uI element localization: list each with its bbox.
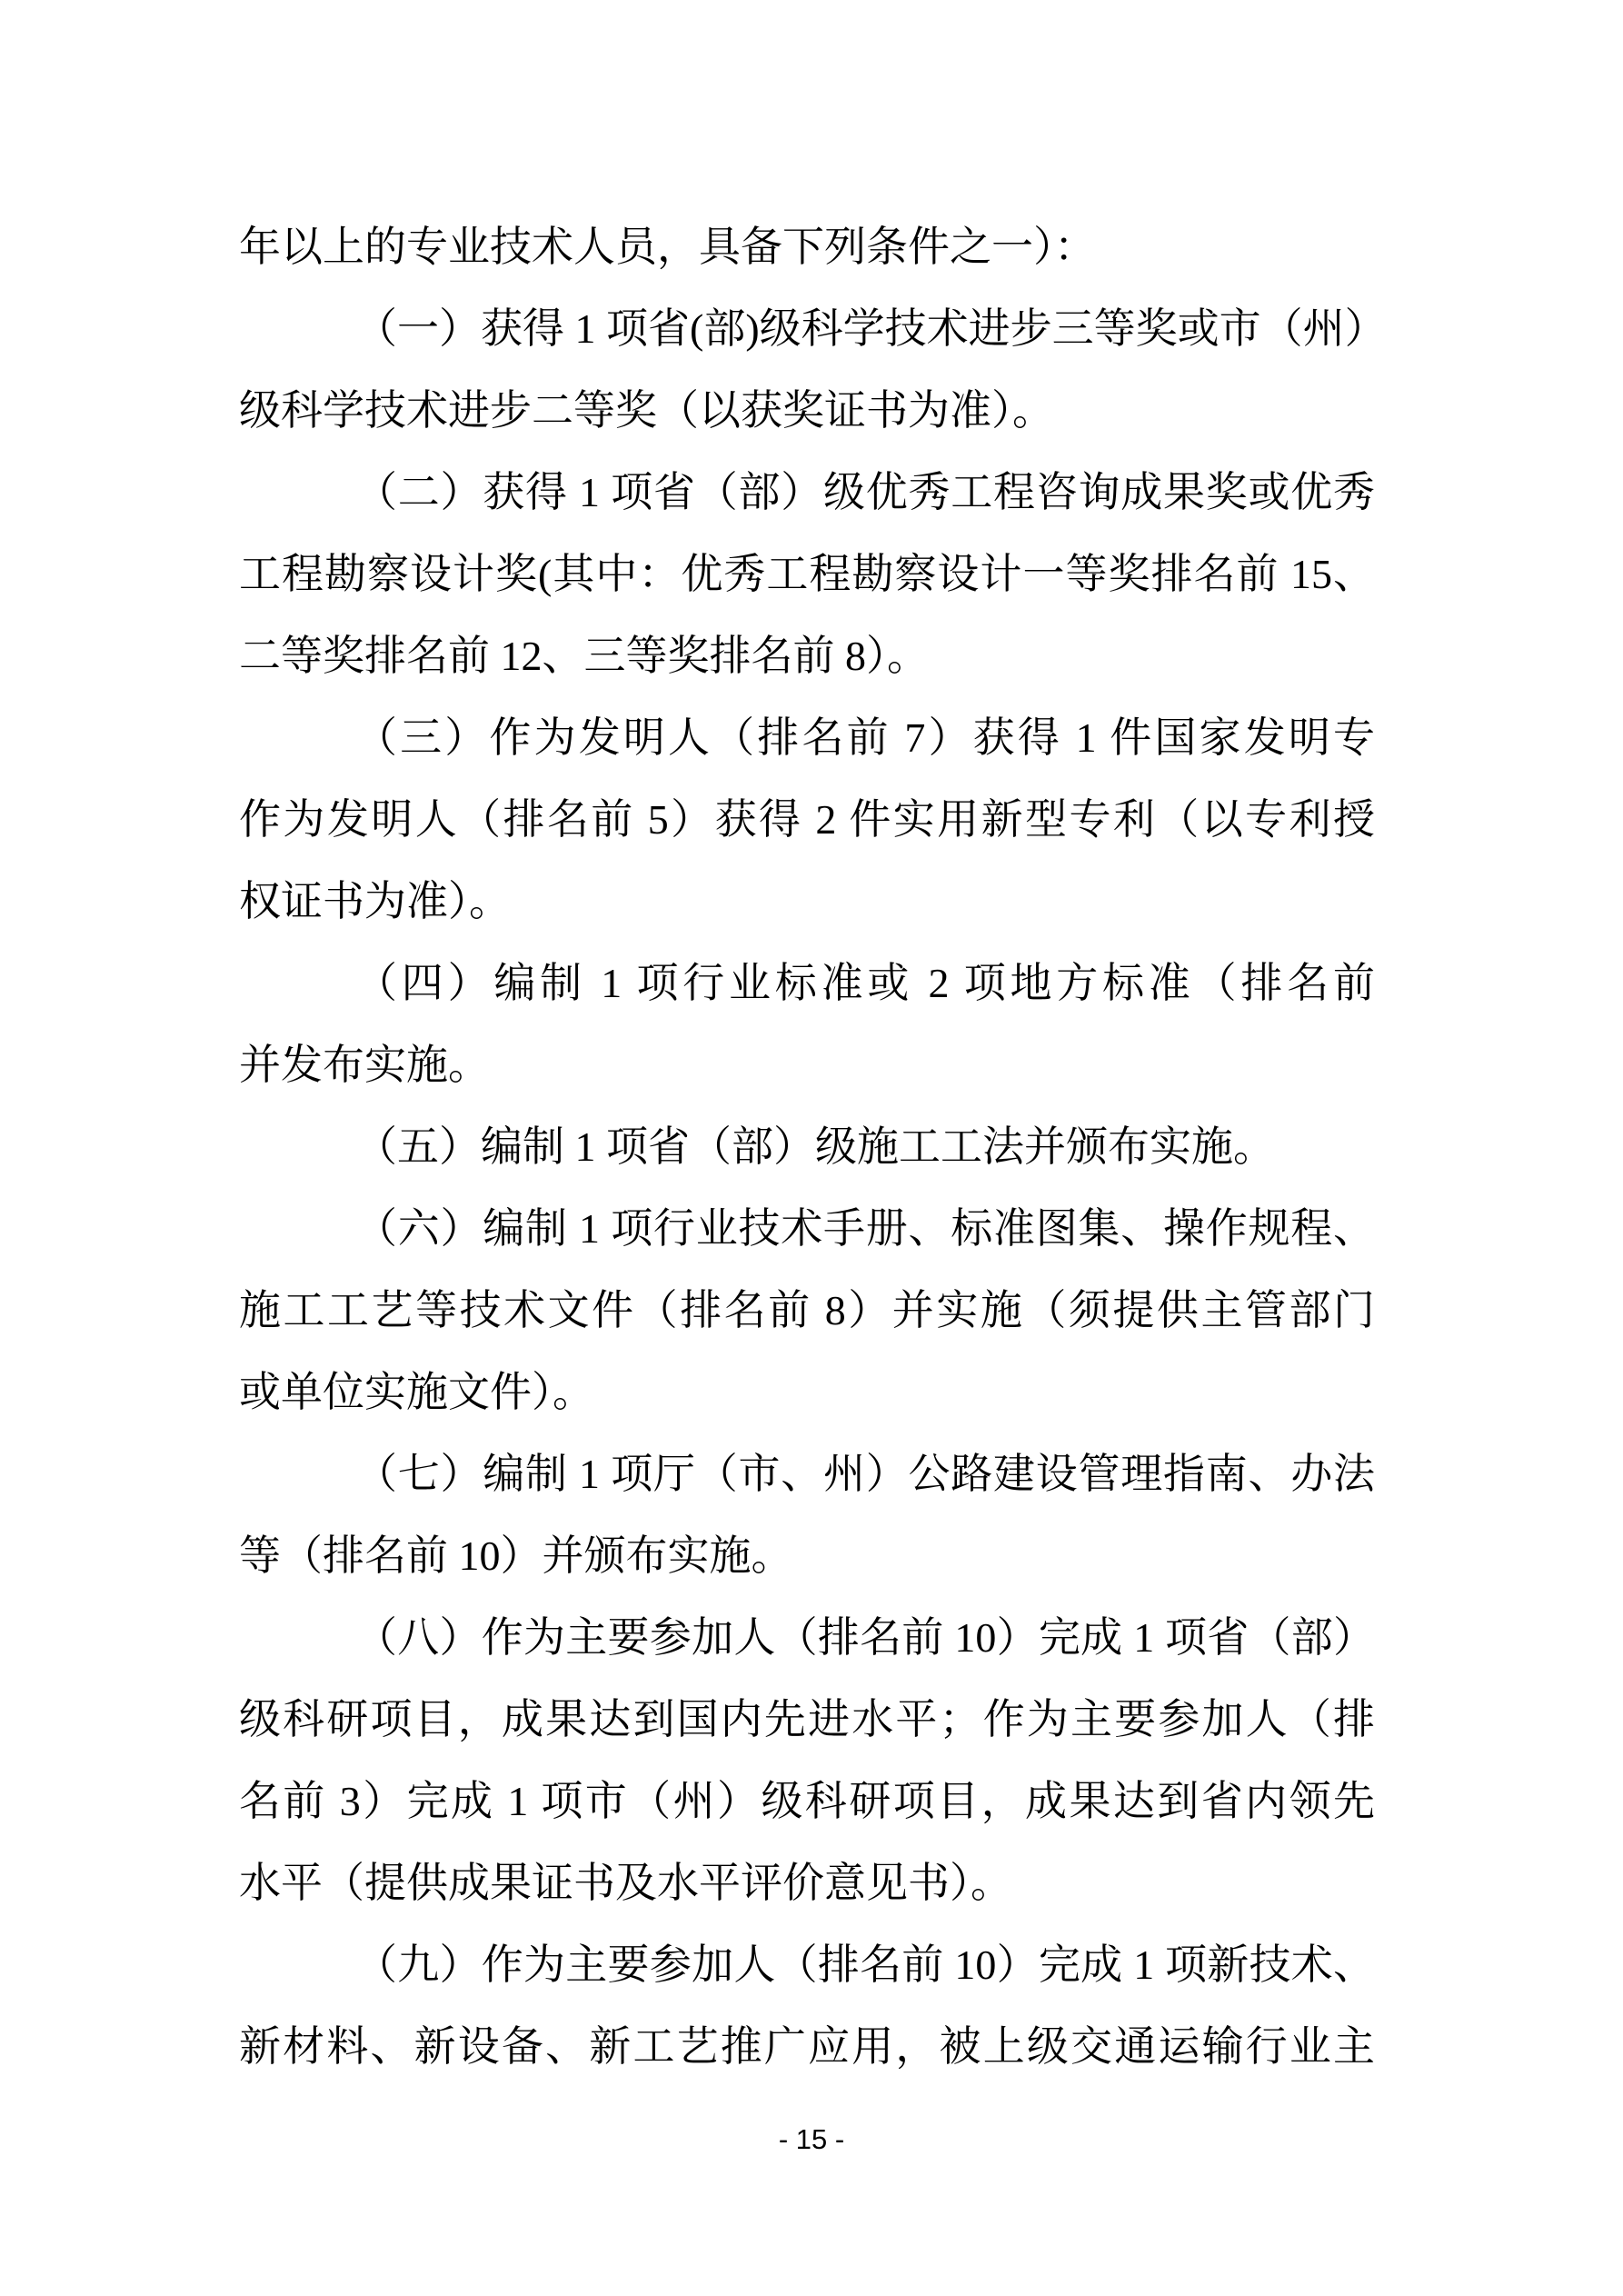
- text-line: 级科学技术进步二等奖（以获奖证书为准）。: [239, 370, 1375, 452]
- text-line: （五）编制 1 项省（部）级施工工法并颁布实施。: [239, 1106, 1375, 1188]
- document-page: 年以上的专业技术人员，具备下列条件之一）：（一）获得 1 项省(部)级科学技术进…: [0, 0, 1623, 2296]
- text-line: 工程勘察设计奖(其中：优秀工程勘察设计一等奖排名前 15、: [239, 534, 1375, 615]
- body-text: 年以上的专业技术人员，具备下列条件之一）：（一）获得 1 项省(部)级科学技术进…: [239, 206, 1375, 2088]
- text-line: 名前 3）完成 1 项市（州）级科研项目，成果达到省内领先: [239, 1761, 1375, 1842]
- text-line: 级科研项目，成果达到国内先进水平；作为主要参加人（排: [239, 1679, 1375, 1761]
- text-line: 施工工艺等技术文件（排名前 8）并实施（须提供主管部门: [239, 1270, 1375, 1352]
- text-line: （六）编制 1 项行业技术手册、标准图集、操作规程、: [239, 1188, 1375, 1270]
- text-line: 水平（提供成果证书及水平评价意见书）。: [239, 1842, 1375, 1924]
- text-line: 二等奖排名前 12、三等奖排名前 8）。: [239, 615, 1375, 697]
- text-line: 等（排名前 10）并颁布实施。: [239, 1515, 1375, 1597]
- page-number: - 15 -: [0, 2123, 1623, 2156]
- text-line: （七）编制 1 项厅（市、州）公路建设管理指南、办法: [239, 1433, 1375, 1515]
- text-line: 或单位实施文件）。: [239, 1352, 1375, 1433]
- text-line: （二）获得 1 项省（部）级优秀工程咨询成果奖或优秀: [239, 452, 1375, 534]
- text-line: （四）编制 1 项行业标准或 2 项地方标准（排名前 10），: [239, 943, 1375, 1024]
- text-line: 新材料、新设备、新工艺推广应用，被上级交通运输行业主: [239, 2006, 1375, 2088]
- text-line: 作为发明人（排名前 5）获得 2 件实用新型专利（以专利授: [239, 779, 1375, 861]
- text-line: 年以上的专业技术人员，具备下列条件之一）：: [239, 206, 1375, 288]
- text-line: （三）作为发明人（排名前 7）获得 1 件国家发明专利；: [239, 697, 1375, 779]
- text-line: （八）作为主要参加人（排名前 10）完成 1 项省（部）: [239, 1597, 1375, 1679]
- text-line: 权证书为准）。: [239, 861, 1375, 943]
- text-line: （九）作为主要参加人（排名前 10）完成 1 项新技术、: [239, 1924, 1375, 2006]
- text-line: （一）获得 1 项省(部)级科学技术进步三等奖或市（州）: [239, 288, 1375, 370]
- text-line: 并发布实施。: [239, 1024, 1375, 1106]
